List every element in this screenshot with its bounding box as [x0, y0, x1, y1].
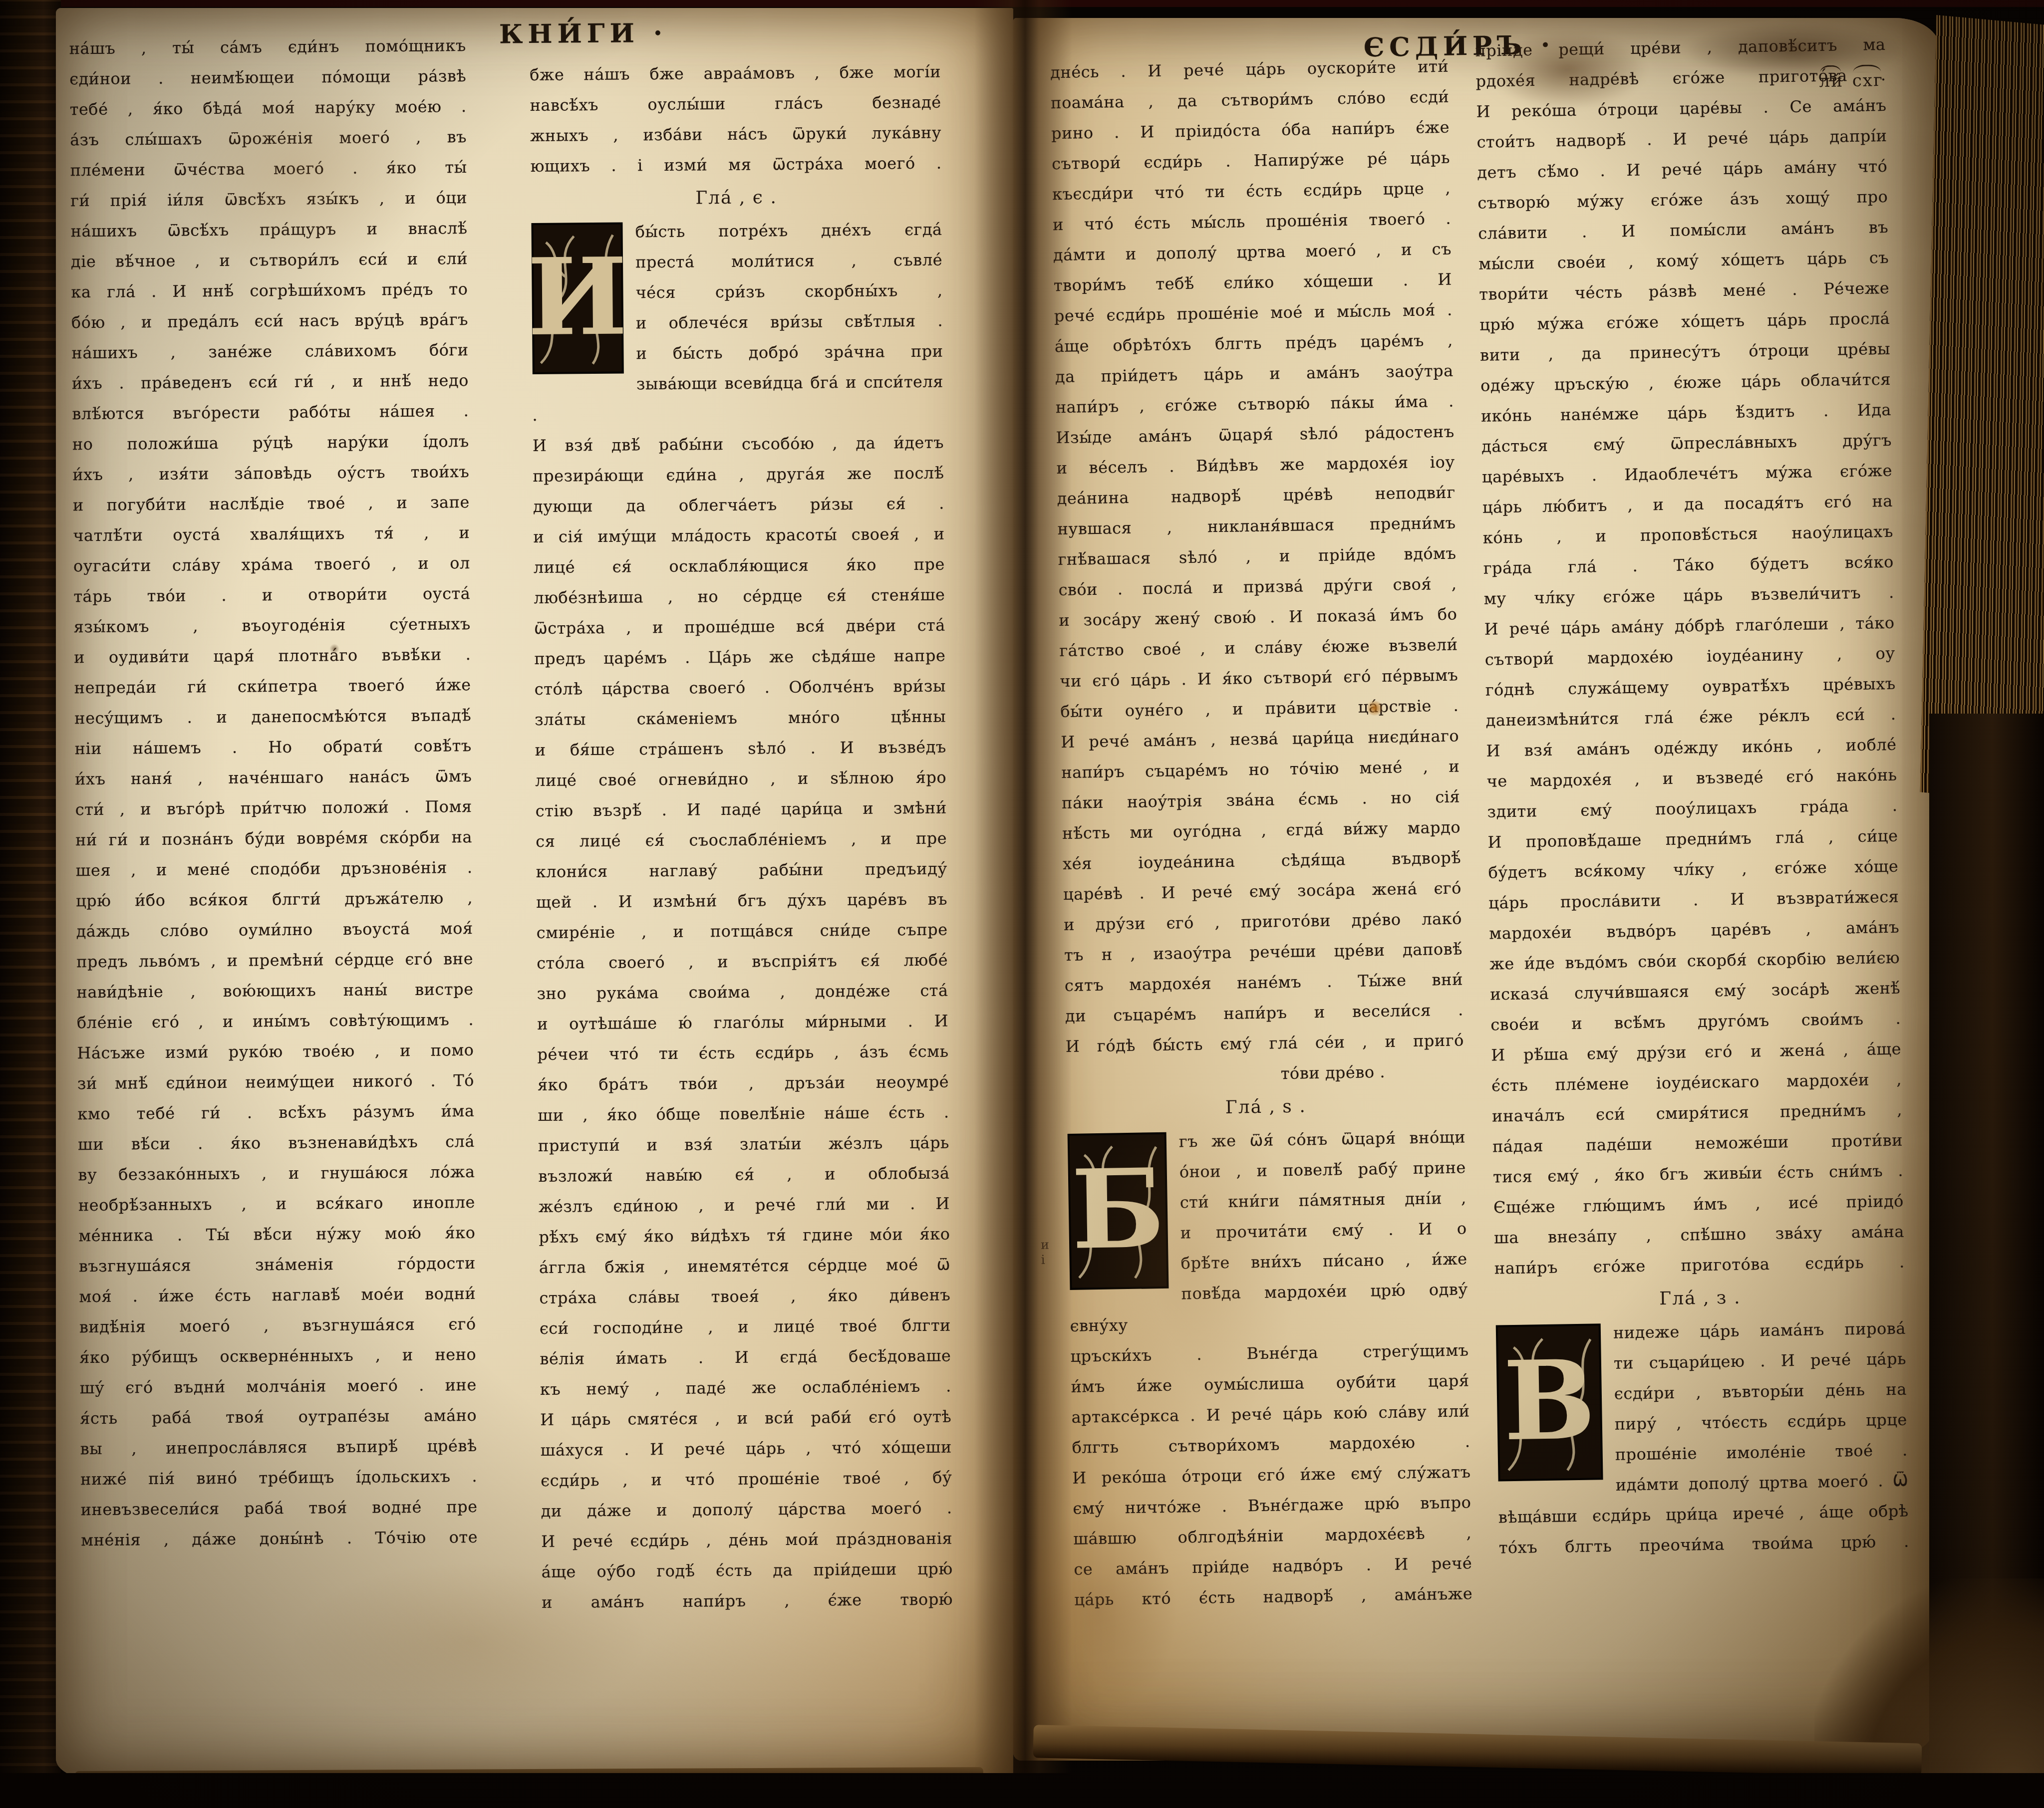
page-left-content: КНИ́ГИ · на́шъ , ты́ са́мъ єди́нъ помо́щ… [49, 4, 1020, 1783]
text-line: ве́лія и́мать . И єгда́ бесѣ́доваше [540, 1340, 951, 1374]
woodcut-initial-I-art: И [531, 222, 624, 375]
text-line: стію възрѣ́ . И паде́ цари́ца и змѣни́ [535, 793, 946, 826]
fore-edge-page-stack [1920, 15, 2044, 803]
text-line: зыва́ющи всеви́дца бга́ и спси́теля . [532, 367, 944, 431]
text-line: и оутѣша́ше ю́ глаго́лы ми́рными . И [537, 1006, 948, 1039]
text-line: вы , инепросла́вляся въпирѣ́ цре́вѣ [80, 1431, 477, 1464]
text-line: а́ггла бжія , инемяте́тся се́рдце мое́ ѿ [539, 1249, 950, 1283]
text-line: смире́ніе , и потща́вся сни́де съпре [536, 915, 947, 948]
chapter-heading-5: Гла́ , є . [531, 179, 942, 218]
woodcut-initial-B: Б [1067, 1132, 1169, 1291]
text-line: И рече́ єсди́рь , де́нь мои́ пра́зднован… [541, 1523, 952, 1556]
woodcut-initial-B-art: Б [1067, 1132, 1169, 1291]
text-line: ниже́ пія́ вино́ тре́бищъ і́дольскихъ . [80, 1461, 477, 1495]
text-line: сти́ , и въго́рѣ при́тчю положи́ . Помя [75, 791, 472, 825]
text-line: ди да́же и дополу́ ца́рства моего́ . [541, 1493, 952, 1526]
text-line: на́шъ , ты́ са́мъ єди́нъ помо́щникъ [69, 30, 466, 64]
page-right: ЄСДИ́РЪ · ли́схг иі дне́сь . И рече́ ца́… [1013, 18, 1940, 1761]
text-line: презира́ющи єди́на , друга́я же послѣ́ [533, 458, 944, 492]
text-line: И го́дѣ бы́сть єму́ гла́ се́и , и приго́ [1065, 1025, 1464, 1062]
text-line: ме́нника . Ты́ вѣ́си ну́жу мою́ я́ко [78, 1218, 475, 1251]
text-line: приступи́ и взя́ златы́и же́злъ ца́рь [538, 1127, 949, 1161]
text-line: пле́мени ѿче́ства моего́ . я́ко ты́ [70, 152, 467, 186]
text-line: и́хъ наня́ , наче́ншаго нана́съ ѿмъ [75, 761, 472, 794]
text-line: И ца́рь смяте́ся , и вси́ раби́ єго́ оут… [540, 1401, 951, 1435]
text-line: необрѣ́занныхъ , и вся́каго инопле [78, 1187, 475, 1221]
text-line: я́ко ру́бищъ оскверне́нныхъ , и нено [79, 1339, 476, 1373]
text-line: ша́хуся . И рече́ ца́рь , что́ хо́щеши [541, 1432, 952, 1465]
text-line: къ нему́ , паде́ же ослабле́ніемъ . [540, 1371, 951, 1404]
text-line: и́хъ . пра́веденъ єси́ ги́ , и ннѣ́ недо [72, 365, 469, 399]
text-line: моя́ . и́же є́сть наглавѣ́ мое́и водни́ [79, 1279, 476, 1312]
text-column-left-2: бже на́шъ бже авраа́мовъ , бже могі́инав… [530, 57, 953, 1618]
col-r2-body: пріи́де рещи́ цре́ви , даповѣ́ситъ мардо… [1475, 29, 1905, 1284]
text-line: діе вѣ́чное , и сътвори́лъ єси́ и єли́ [71, 244, 468, 277]
text-line: ву беззако́нныхъ , и гнуша́юся ло́жа [78, 1157, 475, 1190]
text-line: щей . И измѣни́ бгъ ду́хъ царе́въ въ [536, 884, 947, 918]
page-left: КНИ́ГИ · на́шъ , ты́ са́мъ єди́нъ помо́щ… [56, 8, 1013, 1779]
running-title-left: КНИ́ГИ · [443, 17, 723, 50]
text-line: ца́рь кто́ є́сть надворѣ́ , ама́нъже [1074, 1578, 1473, 1615]
text-line: непреда́и ги́ ски́петра твоего́ и́же [74, 670, 471, 703]
col-r1-body: дне́сь . И рече́ ца́рь оускори́те ити́по… [1050, 51, 1464, 1062]
text-line: шея , и мене́ сподо́би дръзнове́нія . [75, 852, 472, 886]
text-line: И взя́ двѣ́ рабы́ни съсобо́ю , да и́детъ [533, 428, 944, 461]
text-line: лице́ свое́ огневи́дно , и ѕѣ́лною я́ро [535, 763, 946, 796]
text-line: нави́дѣніе , вою́ющихъ наны́ вистре [76, 974, 473, 1008]
text-line: єди́нои . неимѣ́ющеи по́мощи ра́звѣ [69, 61, 466, 94]
text-line: клони́ся наглаву́ рабы́ни предъиду́ [536, 854, 947, 887]
text-line: на́шихъ ѿвсѣ́хъ пра́щуръ и внаслѣ́ [70, 213, 467, 247]
chapter-7-block: В нидеже ца́рь иама́нъ пирова́ти съцари́… [1495, 1313, 1910, 1563]
chapter-heading-6: Гла́ , ѕ . [1066, 1086, 1465, 1128]
woodcut-initial-V-art: В [1495, 1323, 1604, 1482]
chapter-6-body-lines: повѣ́да мардохе́и црю́ одву́ євну́хуцръс… [1069, 1274, 1472, 1615]
chapter-heading-7: Гла́ , з . [1494, 1278, 1905, 1320]
text-line: же́злъ єди́ною , и рече́ гли́ ми . И [539, 1188, 950, 1222]
text-line: любе́знѣиша , но се́рдце єя́ стеня́ше [534, 580, 945, 613]
text-line: сто́ла своего́ , и въспрія́тъ єя́ любе́ [537, 945, 948, 979]
text-line: да́ждь сло́во оуми́лно въоуста́ моя́ [76, 913, 473, 947]
text-line: на́шихъ , зане́же сла́вихомъ бо́ги [71, 335, 468, 368]
text-line: я́ко бра́тъ тво́и , дръза́и неоумре́ [538, 1066, 949, 1100]
text-line: зла́ты ска́меніемъ мно́го цѣ́нны [535, 702, 946, 735]
text-line: я́сть раба́ твоя́ оутрапе́зы ама́но [80, 1400, 477, 1434]
text-line: несу́щимъ . и данепосмѣю́тся въпадѣ́ [74, 700, 471, 734]
text-line: стра́ха сла́вы твоея́ , я́ко ди́венъ [539, 1280, 950, 1313]
svg-text:Б: Б [1071, 1145, 1166, 1274]
text-line: а́зъ слы́шахъ ѿроже́нія моего́ , въ [70, 122, 467, 155]
text-line: ни́ ги́ и позна́нъ бу́ди вовре́мя ско́рб… [75, 822, 472, 855]
text-line: язы́комъ , въоугоде́нія су́етныхъ [74, 609, 471, 642]
text-line: възгнуша́яся зна́менія го́рдости [79, 1248, 476, 1282]
text-line: ющихъ . і изми́ мя ѿстра́ха моего́ . [530, 148, 941, 182]
text-line: а́ще оу́бо годѣ́ є́сть да пріи́деши црю́ [541, 1553, 952, 1587]
text-line: и оудиви́ти царя́ плотна́го въвѣ́ки . [74, 639, 471, 673]
text-line: ѿстра́ха , и проше́дше вся́ две́ри ста́ [534, 610, 945, 644]
svg-text:И: И [531, 235, 624, 360]
text-line: и бя́ше стра́шенъ ѕѣло́ . И възве́дъ [535, 732, 946, 766]
text-line: шу́ єго́ въдни́ молча́нія моего́ . ине [80, 1370, 477, 1403]
text-line: бле́ніе єго́ , и ины́мъ совѣту́ющимъ . [77, 1005, 474, 1038]
text-line: рѣ́хъ єму́ я́ко ви́дѣхъ тя́ гдине мо́и я… [539, 1219, 950, 1252]
text-line: ши , я́ко о́бще повелѣ́ніе на́ше є́сть . [538, 1097, 949, 1130]
bottom-shadow [0, 1773, 2044, 1808]
text-line: жныхъ , изба́ви на́съ ѿруки́ лука́вну [530, 118, 941, 151]
text-line: зно рука́ма свои́ма , донде́же ста́ [537, 975, 948, 1009]
text-line: бо́ю , и преда́лъ єси́ насъ вру́цѣ вра́г… [71, 304, 468, 338]
col2-intro: бже на́шъ бже авраа́мовъ , бже могі́инав… [530, 57, 942, 182]
text-line: лице́ єя́ осклабля́ющися я́ко пре [534, 549, 945, 583]
text-column-right-2: пріи́де рещи́ цре́ви , даповѣ́ситъ мардо… [1475, 29, 1909, 1563]
book-gutter-shadow [974, 0, 1072, 1808]
text-line: влѣ́ются въго́рести рабо́ты на́шея . [72, 396, 469, 429]
text-column-right-1: дне́сь . И рече́ ца́рь оускори́те ити́по… [1050, 51, 1473, 1615]
text-line: ши вѣ́си . я́ко възненави́дѣхъ сла́ [78, 1126, 475, 1160]
text-line: сто́лѣ ца́рства своего́ . Оболче́нъ ври́… [535, 671, 946, 705]
text-line: ніи на́шемъ . Но обрати́ совѣ́тъ [74, 731, 471, 764]
text-line: предъ царе́мъ . Ца́рь же сѣдя́ше напре [534, 641, 945, 674]
text-line: бже на́шъ бже авраа́мовъ , бже могі́и [530, 57, 941, 90]
text-line: ре́чеи что́ ти є́сть єсди́рь , а́зъ є́см… [537, 1036, 948, 1069]
text-line: єсди́рь , и что́ проше́ніе твое́ , бу́ [541, 1462, 952, 1496]
text-line: чатлѣ́ти оуста́ хваля́щихъ тя́ , и [73, 517, 470, 551]
woodcut-initial-I: И [531, 222, 624, 375]
page-right-content: ЄСДИ́РЪ · ли́схг иі дне́сь . И рече́ ца́… [1000, 11, 1954, 1768]
text-line: црю́ и́бо вся́коя блгти́ дръжа́телю , [76, 883, 473, 916]
text-line: и погуби́ти наслѣ́діе твое́ , и запе [73, 487, 470, 520]
text-line: ка гла́ . И ннѣ́ согрѣши́хомъ пре́дъ то [71, 274, 468, 307]
text-line: та́рь тво́и . и отвори́ти оуста́ [73, 578, 470, 612]
text-line: и сія́ иму́щи мла́дость красоты́ своея́ … [533, 519, 944, 552]
text-line: но положи́ша ру́цѣ нару́ки і́долъ [72, 426, 469, 460]
chapter-5-body-lines: зыва́ющи всеви́дца бга́ и спси́теля .И в… [532, 367, 953, 1618]
text-line: ги́ прія́ іи́ля ѿвсѣ́хъ язы́къ , и о́ци [70, 183, 467, 216]
text-line: ся лице́ єя́ съослабле́ніемъ , и пре [536, 823, 947, 857]
text-column-left-1: на́шъ , ты́ са́мъ єди́нъ помо́щникъєди́н… [69, 30, 478, 1555]
text-line: то́хъ блгть преочи́ма твои́ма црю́ . [1498, 1527, 1909, 1563]
text-line: мне́нія , да́же доны́нѣ . То́чію оте [81, 1522, 478, 1555]
woodcut-initial-V: В [1495, 1323, 1604, 1482]
text-line: навсѣ́хъ оуслы́ши гла́съ безнаде́ [530, 87, 941, 121]
text-line: дующи да облегча́етъ ри́зы єя́ . [533, 489, 944, 522]
text-line: На́съже изми́ руко́ю твое́ю , и помо [77, 1035, 474, 1068]
antique-book-photo: КНИ́ГИ · на́шъ , ты́ са́мъ єди́нъ помо́щ… [0, 0, 2044, 1808]
text-line: оугаси́ти сла́ву хра́ма твоего́ , и ол [73, 548, 470, 581]
text-line: тебе́ , я́ко бѣда́ моя́ нару́ку мое́ю . [69, 91, 466, 125]
text-line: єси́ господи́не , и лице́ твое́ блгти [540, 1310, 951, 1343]
text-line: и́хъ , изя́ти за́повѣдь оу́стъ твои́хъ [72, 457, 469, 490]
svg-text:В: В [1502, 1336, 1596, 1465]
chapter-5-block: И бы́сть потре́хъ дне́хъ єгда́преста́ мо… [531, 215, 953, 1618]
text-line: видѣ́нія моего́ , възгнуша́яся єго́ [79, 1309, 476, 1342]
text-line: кмо тебе́ ги́ . всѣ́хъ ра́зумъ и́ма [77, 1096, 474, 1129]
text-line: зи́ мнѣ́ єди́нои неиму́щеи никого́ . То́ [77, 1065, 474, 1099]
text-line: напи́ръ єго́же пригото́ва єсди́рь . [1494, 1247, 1905, 1284]
text-line: предъ льво́мъ , и премѣни́ се́рдце єго́ … [76, 944, 473, 977]
text-line: иневъзвесели́ся раба́ твоя́ водне́ пре [80, 1492, 477, 1525]
chapter-6-block: Б гъ же ѿя́ со́нъ ѿцаря́ вно́щио́нои , и… [1067, 1122, 1472, 1615]
text-line: възложи́ навы́ю єя́ , и облобыза́ [538, 1158, 949, 1191]
text-line: и ама́нъ напи́ръ , є́же творю́ [542, 1584, 953, 1617]
